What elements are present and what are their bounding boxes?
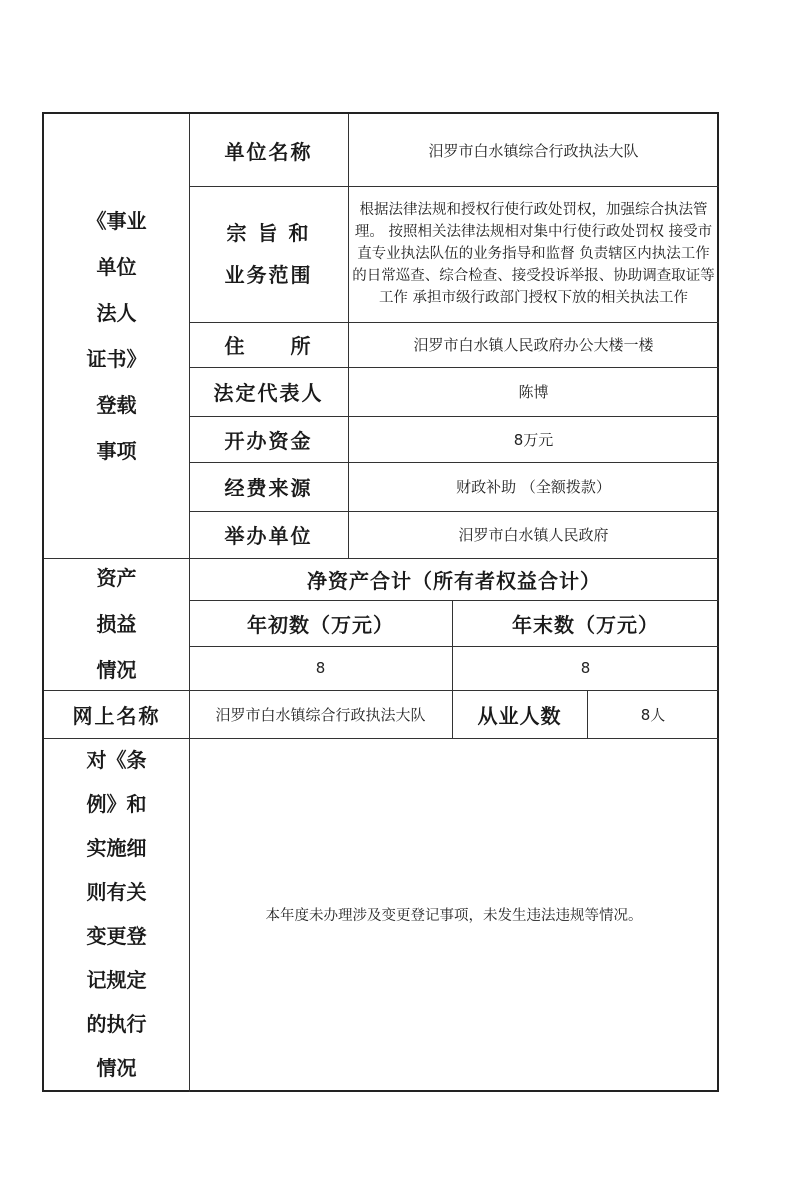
section-label-line: 情况 [97, 1046, 137, 1090]
purpose-label-line: 业务范围 [225, 254, 313, 296]
section-label-line: 情况 [97, 647, 137, 693]
section-label-line: 的执行 [87, 1002, 147, 1046]
address-label: 住 所 [189, 322, 348, 367]
section-label-line: 损益 [97, 601, 137, 647]
assets-section-label: 资产 损益 情况 [44, 558, 189, 690]
legal-rep-label: 法定代表人 [189, 367, 348, 416]
address-value: 汨罗市白水镇人民政府办公大楼一楼 [348, 322, 719, 367]
funding-source-label: 经费来源 [189, 462, 348, 511]
section-label-line: 对《条 [87, 738, 147, 782]
document-page: 《事业 单位 法人 证书》 登载 事项 单位名称 汨罗市白水镇综合行政执法大队 … [0, 0, 793, 1204]
compliance-section-label: 对《条 例》和 实施细 则有关 变更登 记规定 的执行 情况 [44, 738, 189, 1090]
staff-count-label: 从业人数 [452, 690, 587, 738]
annual-report-table: 《事业 单位 法人 证书》 登载 事项 单位名称 汨罗市白水镇综合行政执法大队 … [42, 112, 719, 1092]
registration-section-label: 《事业 单位 法人 证书》 登载 事项 [44, 114, 189, 558]
unit-name-label: 单位名称 [189, 114, 348, 186]
section-label-line: 事项 [97, 428, 137, 474]
end-year-header: 年末数（万元） [452, 600, 719, 646]
end-year-value: 8 [452, 646, 719, 690]
section-label-line: 登载 [97, 382, 137, 428]
section-label-line: 法人 [97, 290, 137, 336]
section-label-line: 《事业 [87, 198, 147, 244]
online-name-label: 网上名称 [44, 690, 189, 738]
sponsor-label: 举办单位 [189, 511, 348, 558]
unit-name-value: 汨罗市白水镇综合行政执法大队 [348, 114, 719, 186]
begin-year-header: 年初数（万元） [189, 600, 452, 646]
section-label-line: 证书》 [87, 336, 147, 382]
online-name-value: 汨罗市白水镇综合行政执法大队 [189, 690, 452, 738]
capital-value: 8万元 [348, 416, 719, 462]
section-label-line: 单位 [97, 244, 137, 290]
net-assets-header: 净资产合计（所有者权益合计） [189, 558, 719, 600]
purpose-label-line: 宗 旨 和 [227, 212, 311, 254]
legal-rep-value: 陈博 [348, 367, 719, 416]
section-label-line: 则有关 [87, 870, 147, 914]
section-label-line: 例》和 [87, 782, 147, 826]
staff-count-value: 8人 [587, 690, 719, 738]
section-label-line: 资产 [97, 555, 137, 601]
section-label-line: 变更登 [87, 914, 147, 958]
funding-source-value: 财政补助 （全额拨款） [348, 462, 719, 511]
compliance-value: 本年度未办理涉及变更登记事项，未发生违法违规等情况。 [189, 738, 719, 1090]
section-label-line: 记规定 [87, 958, 147, 1002]
sponsor-value: 汨罗市白水镇人民政府 [348, 511, 719, 558]
purpose-value: 根据法律法规和授权行使行政处罚权，加强综合执法管理。 按照相关法律法规相对集中行… [348, 186, 719, 322]
begin-year-value: 8 [189, 646, 452, 690]
capital-label: 开办资金 [189, 416, 348, 462]
section-label-line: 实施细 [87, 826, 147, 870]
purpose-label: 宗 旨 和 业务范围 [189, 186, 348, 322]
